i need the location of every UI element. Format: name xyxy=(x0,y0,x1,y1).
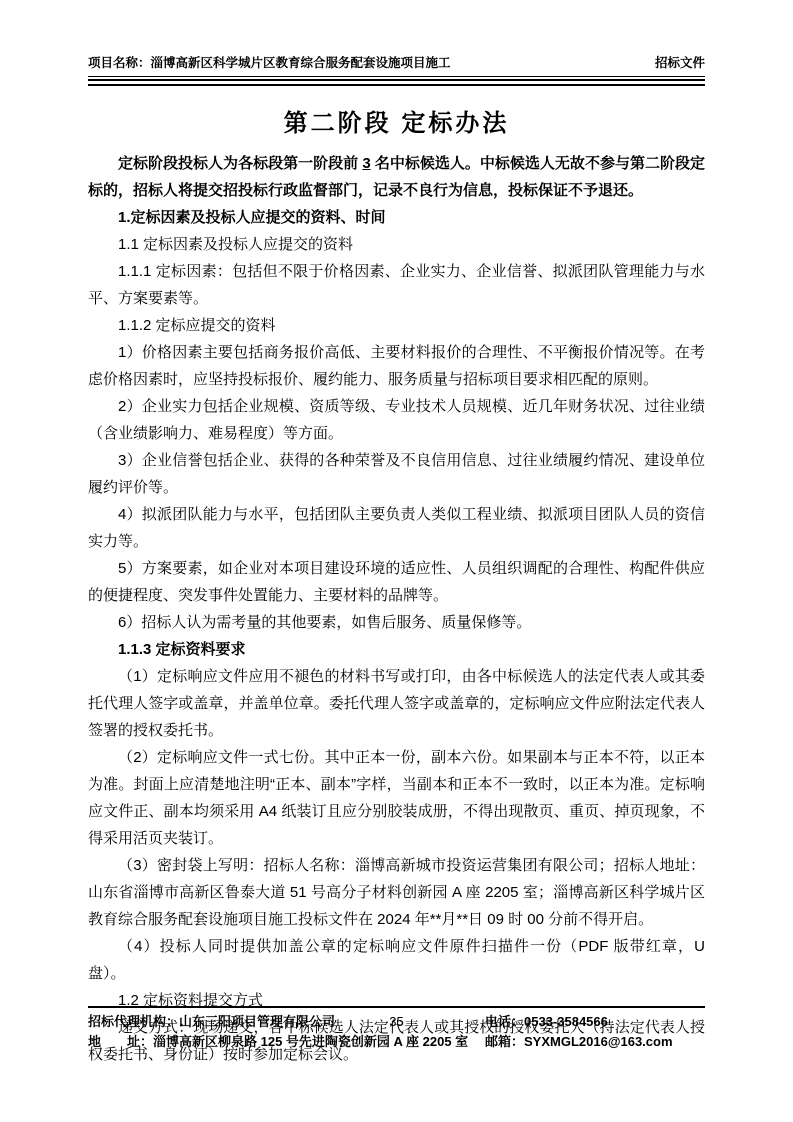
footer-email: 邮箱：SYXMGL2016@163.com xyxy=(485,1032,705,1052)
paragraph: 1.1.2 定标应提交的资料 xyxy=(88,312,705,339)
paragraph: 4）拟派团队能力与水平，包括团队主要负责人类似工程业绩、拟派项目团队人员的资信实… xyxy=(88,501,705,555)
paragraph: 1.1.3 定标资料要求 xyxy=(88,636,705,663)
header-doc-type: 招标文件 xyxy=(655,53,705,71)
paragraph: （3）密封袋上写明：招标人名称：淄博高新城市投资运营集团有限公司；招标人地址：山… xyxy=(88,852,705,933)
page-footer: 35 招标代理机构：山东三阳项目管理有限公司 电话：0533-3584566 地… xyxy=(88,1006,705,1052)
paragraph: （4）投标人同时提供加盖公章的定标响应文件原件扫描件一份（PDF 版带红章，U … xyxy=(88,933,705,987)
header-project-name: 项目名称：淄博高新区科学城片区教育综合服务配套设施项目施工 xyxy=(88,53,451,71)
document-page: 项目名称：淄博高新区科学城片区教育综合服务配套设施项目施工 招标文件 第二阶段 … xyxy=(0,0,793,1122)
page-number: 35 xyxy=(389,1012,403,1032)
paragraph: 3）企业信誉包括企业、获得的各种荣誉及不良信用信息、过往业绩履约情况、建设单位履… xyxy=(88,447,705,501)
footer-agency: 招标代理机构：山东三阳项目管理有限公司 xyxy=(88,1012,475,1032)
paragraph: 1）价格因素主要包括商务报价高低、主要材料报价的合理性、不平衡报价情况等。在考虑… xyxy=(88,339,705,393)
paragraph: 2）企业实力包括企业规模、资质等级、专业技术人员规模、近几年财务状况、过往业绩（… xyxy=(88,393,705,447)
footer-address: 地 址：淄博高新区柳泉路 125 号先进陶瓷创新园 A 座 2205 室 xyxy=(88,1032,475,1052)
paragraph: （2）定标响应文件一式七份。其中正本一份，副本六份。如果副本与正本不符，以正本为… xyxy=(88,744,705,852)
paragraph: 1.1 定标因素及投标人应提交的资料 xyxy=(88,231,705,258)
paragraph: 6）招标人认为需考量的其他要素，如售后服务、质量保修等。 xyxy=(88,609,705,636)
paragraph: 1.定标因素及投标人应提交的资料、时间 xyxy=(88,204,705,231)
document-body: 定标阶段投标人为各标段第一阶段前 3 名中标候选人。中标候选人无故不参与第二阶段… xyxy=(88,150,705,1068)
paragraph: 5）方案要素，如企业对本项目建设环境的适应性、人员组织调配的合理性、构配件供应的… xyxy=(88,555,705,609)
paragraph: 定标阶段投标人为各标段第一阶段前 3 名中标候选人。中标候选人无故不参与第二阶段… xyxy=(88,150,705,204)
footer-phone: 电话：0533-3584566 xyxy=(485,1012,705,1032)
header-double-rule xyxy=(88,79,705,86)
paragraph: 1.1.1 定标因素：包括但不限于价格因素、企业实力、企业信誉、拟派团队管理能力… xyxy=(88,258,705,312)
page-header: 项目名称：淄博高新区科学城片区教育综合服务配套设施项目施工 招标文件 xyxy=(88,0,705,77)
paragraph: （1）定标响应文件应用不褪色的材料书写或打印，由各中标候选人的法定代表人或其委托… xyxy=(88,663,705,744)
page-title: 第二阶段 定标办法 xyxy=(88,103,705,138)
